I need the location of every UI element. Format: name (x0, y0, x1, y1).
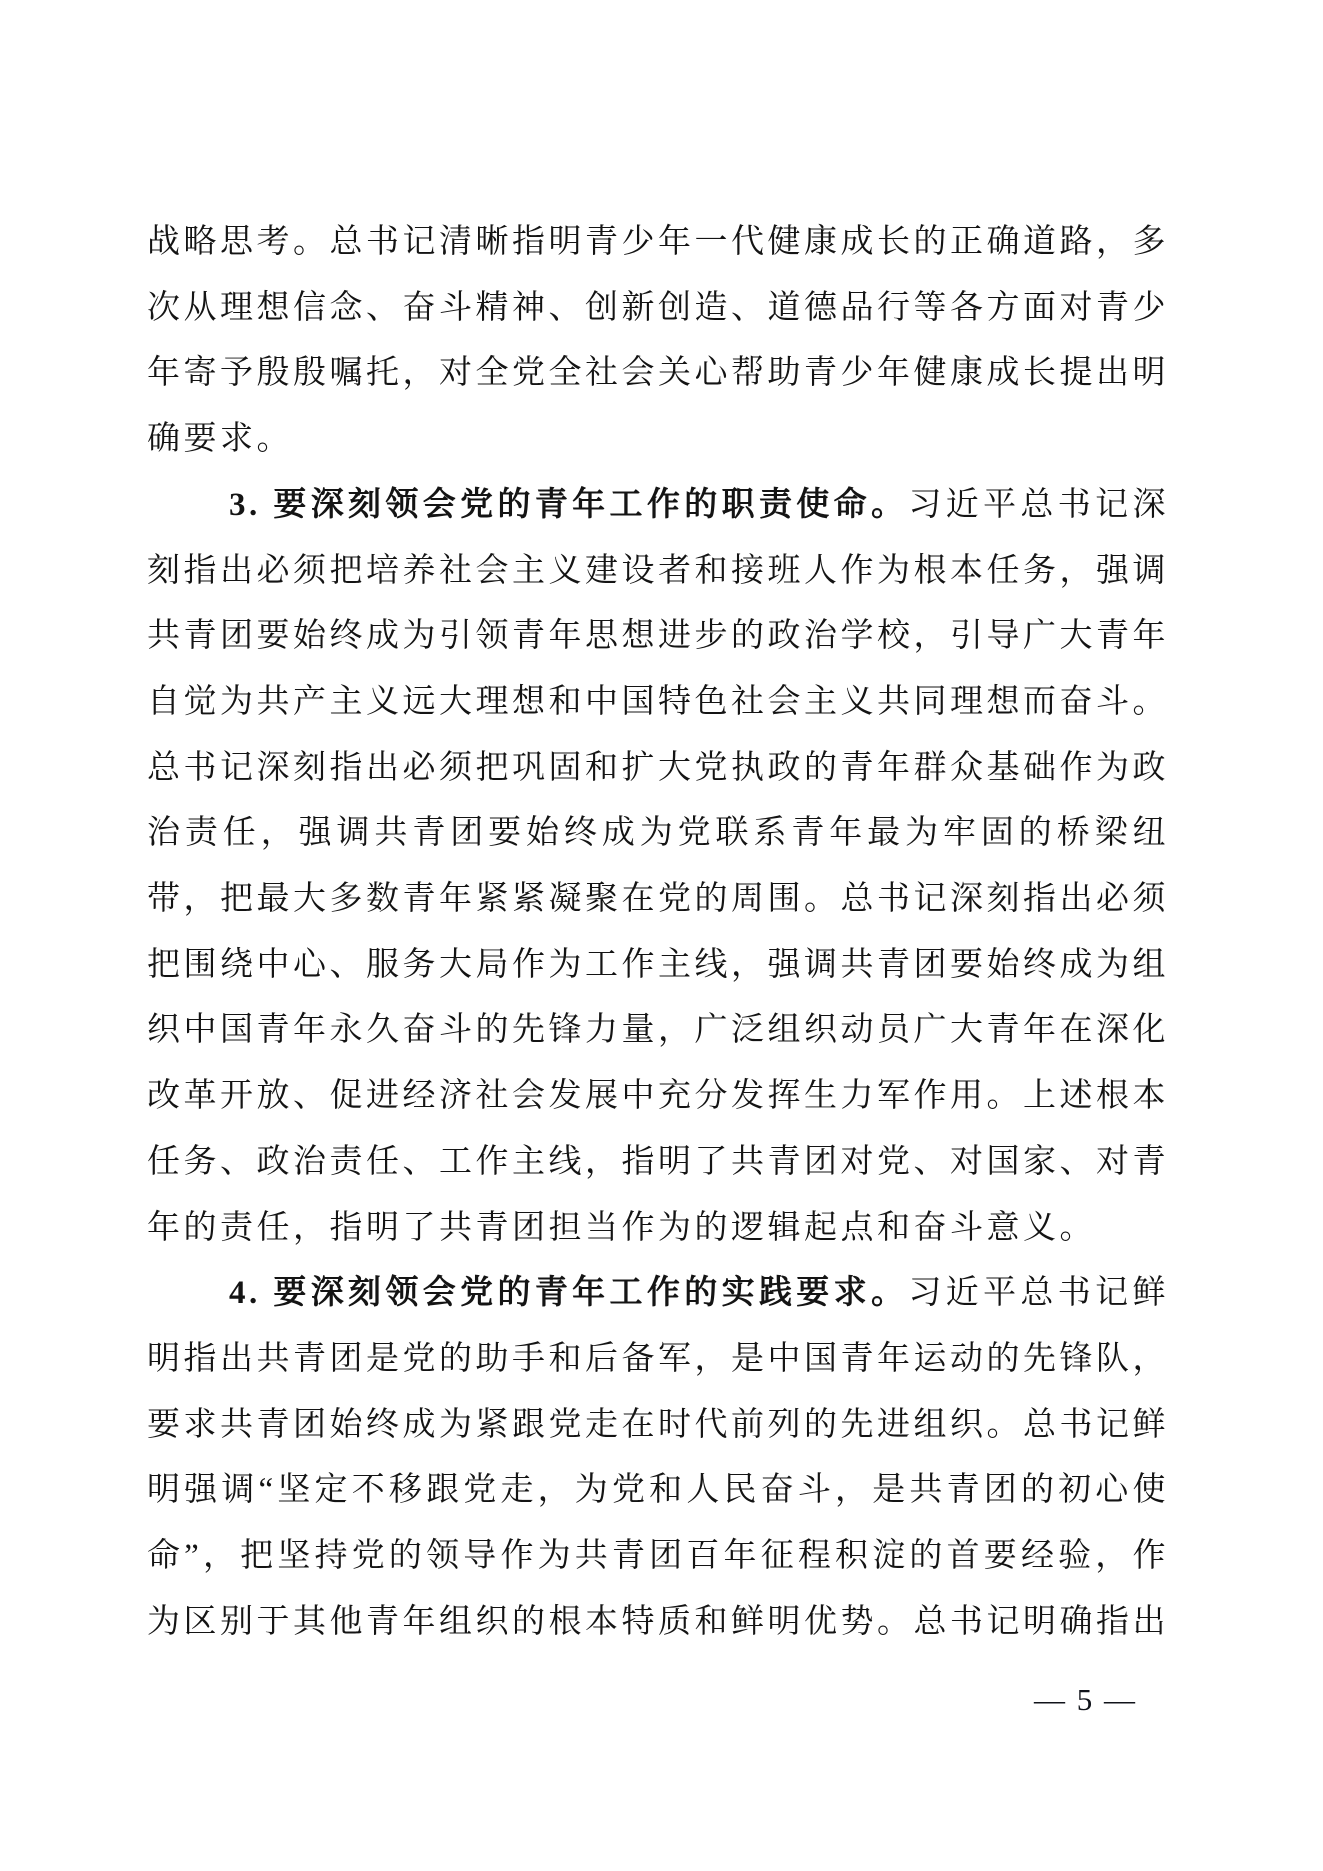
document-body: 战略思考。总书记清晰指明青少年一代健康成长的正确道路，多次从理想信念、奋斗精神、… (147, 210, 1169, 1655)
body-text: 习近平总书记深刻指出必须把培养社会主义建设者和接班人作为根本任务，强调共青团要始… (147, 487, 1169, 1246)
section-heading: 4. 要深刻领会党的青年工作的实践要求。 (229, 1275, 908, 1311)
paragraph: 3. 要深刻领会党的青年工作的职责使命。习近平总书记深刻指出必须把培养社会主义建… (147, 473, 1169, 1261)
section-heading: 3. 要深刻领会党的青年工作的职责使命。 (229, 487, 908, 523)
document-page: 战略思考。总书记清晰指明青少年一代健康成长的正确道路，多次从理想信念、奋斗精神、… (0, 0, 1323, 1871)
paragraph: 战略思考。总书记清晰指明青少年一代健康成长的正确道路，多次从理想信念、奋斗精神、… (147, 210, 1169, 473)
page-footer: — 5 — (1034, 1680, 1137, 1720)
body-text: 习近平总书记鲜明指出共青团是党的助手和后备军，是中国青年运动的先锋队，要求共青团… (147, 1275, 1169, 1640)
body-text: 战略思考。总书记清晰指明青少年一代健康成长的正确道路，多次从理想信念、奋斗精神、… (147, 224, 1169, 457)
page-number: — 5 — (1034, 1682, 1137, 1717)
document-screenshot: { "page": { "number_display": "— 5 —", "… (0, 0, 1323, 1871)
paragraph: 4. 要深刻领会党的青年工作的实践要求。习近平总书记鲜明指出共青团是党的助手和后… (147, 1261, 1169, 1655)
